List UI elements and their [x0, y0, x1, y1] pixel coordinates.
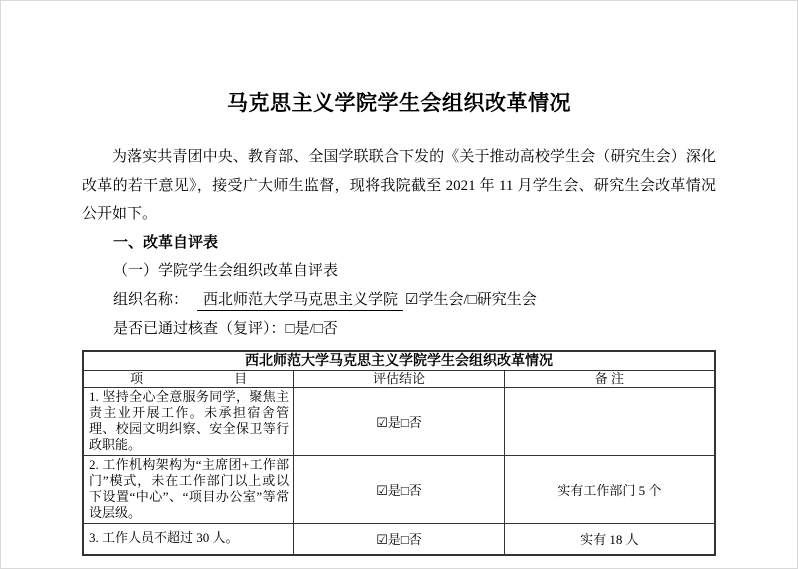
org-name-line: 组织名称：西北师范大学马克思主义学院☑学生会/□研究生会: [113, 286, 716, 315]
result-checkboxes: ☑是□否: [294, 455, 505, 523]
col-header-result: 评估结论: [294, 370, 505, 387]
review-check-line: 是否已通过核查（复评）：□是/□否: [113, 315, 716, 344]
subsection-heading: （一）学院学生会组织改革自评表: [113, 257, 716, 286]
section-heading: 一、改革自评表: [113, 229, 716, 258]
remark-text: [504, 387, 715, 455]
reform-table: 西北师范大学马克思主义学院学生会组织改革情况 项 目 评估结论 备 注 1. 坚…: [82, 350, 716, 556]
table-title: 西北师范大学马克思主义学院学生会组织改革情况: [83, 351, 715, 370]
table-title-row: 西北师范大学马克思主义学院学生会组织改革情况: [83, 351, 715, 370]
org-name-label: 组织名称：: [113, 292, 188, 308]
remark-text: 实有 18 人: [504, 523, 715, 555]
table-row: 2. 工作机构架构为“主席团+工作部门”模式，未在工作部门以上或以下设置“中心”…: [83, 455, 715, 523]
result-checkboxes: ☑是□否: [294, 387, 505, 455]
result-checkboxes: ☑是□否: [294, 523, 505, 555]
document-content: 马克思主义学院学生会组织改革情况 为落实共青团中央、教育部、全国学联联合下发的《…: [1, 88, 797, 556]
document-page: 马克思主义学院学生会组织改革情况 为落实共青团中央、教育部、全国学联联合下发的《…: [0, 0, 798, 569]
table-row: 3. 工作人员不超过 30 人。 ☑是□否 实有 18 人: [83, 523, 715, 555]
table-header-row: 项 目 评估结论 备 注: [83, 370, 715, 387]
document-title: 马克思主义学院学生会组织改革情况: [82, 88, 716, 118]
col-header-remark: 备 注: [504, 370, 715, 387]
item-text: 2. 工作机构架构为“主席团+工作部门”模式，未在工作部门以上或以下设置“中心”…: [83, 455, 294, 523]
col-header-item: 项 目: [83, 370, 294, 387]
org-name-value: 西北师范大学马克思主义学院: [197, 291, 403, 311]
item-text: 3. 工作人员不超过 30 人。: [83, 523, 294, 555]
item-text: 1. 坚持全心全意服务同学，聚焦主责主业开展工作。未承担宿舍管理、校园文明纠察、…: [83, 387, 294, 455]
table-row: 1. 坚持全心全意服务同学，聚焦主责主业开展工作。未承担宿舍管理、校园文明纠察、…: [83, 387, 715, 455]
remark-text: 实有工作部门 5 个: [504, 455, 715, 523]
org-type-checkboxes: ☑学生会/□研究生会: [405, 292, 537, 308]
intro-paragraph: 为落实共青团中央、教育部、全国学联联合下发的《关于推动高校学生会（研究生会）深化…: [82, 143, 716, 229]
